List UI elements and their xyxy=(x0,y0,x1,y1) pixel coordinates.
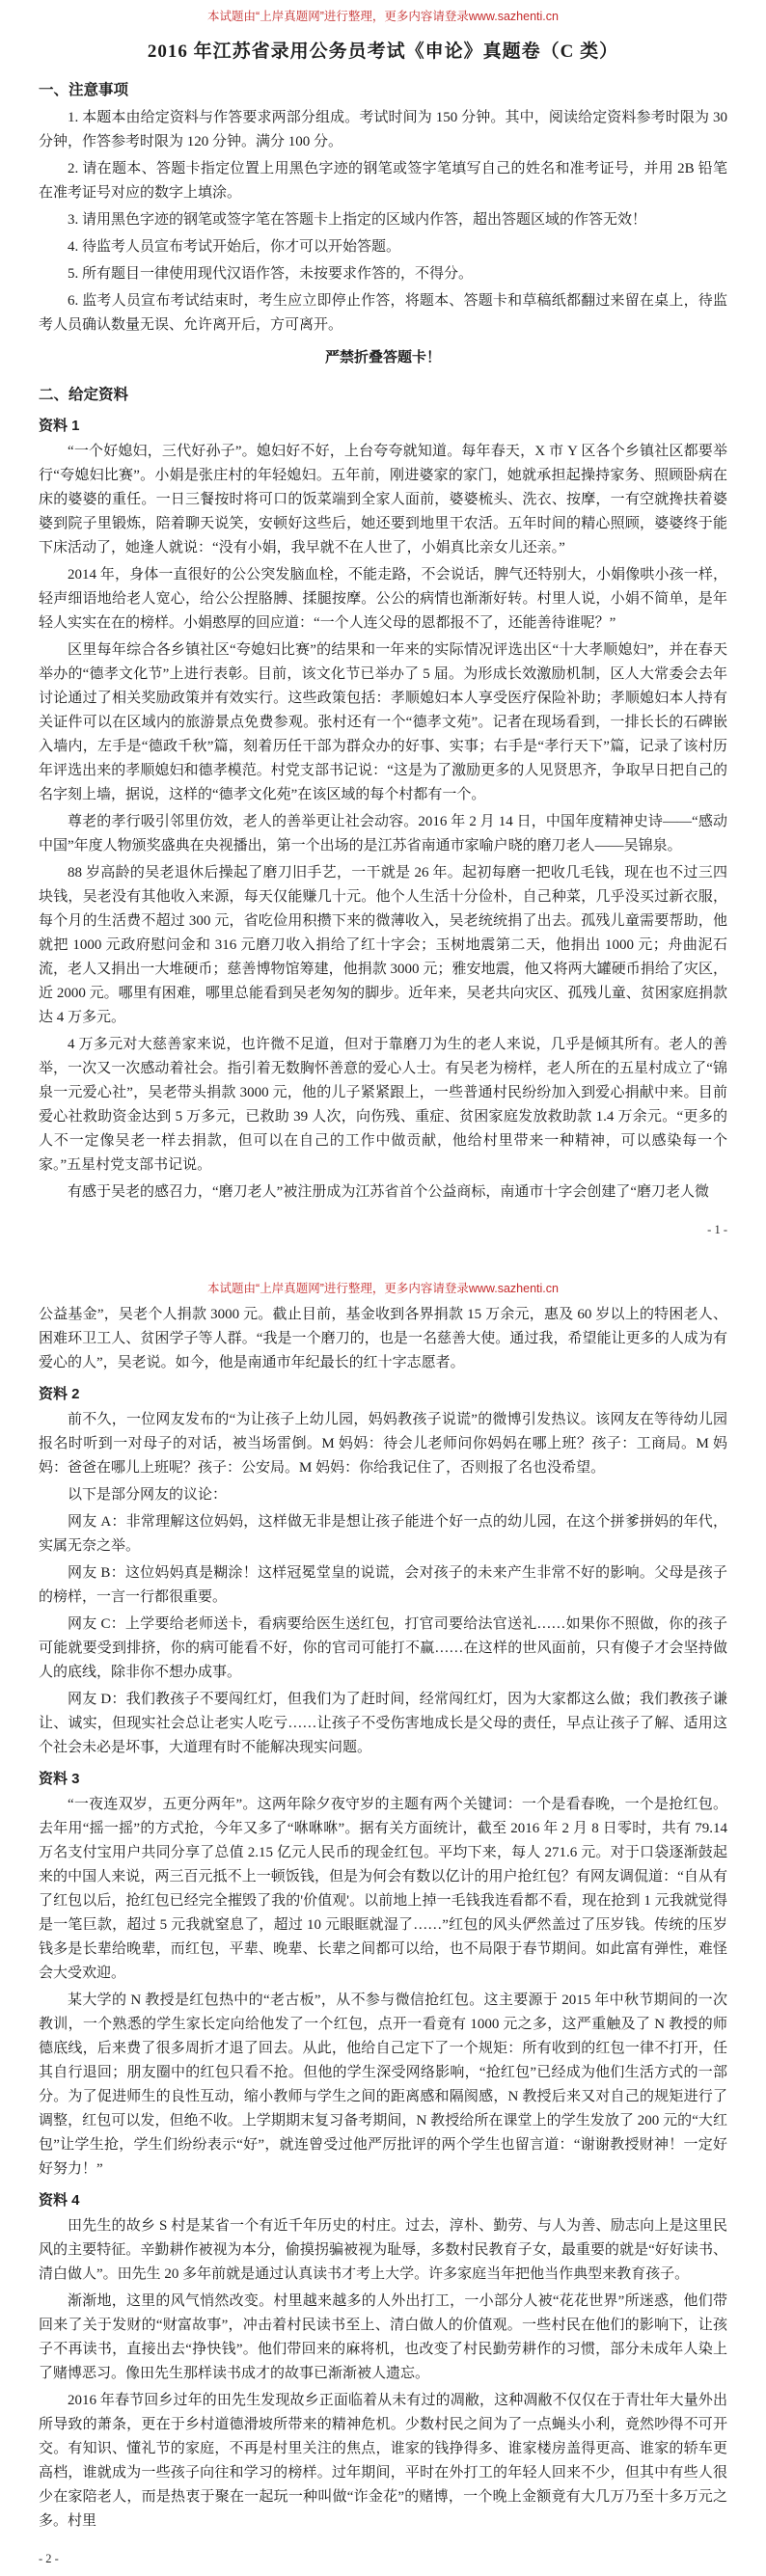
material1-paragraph: 尊老的孝行吸引邻里仿效，老人的善举更让社会动容。2016 年 2 月 14 日，… xyxy=(39,810,727,858)
notice-item: 3. 请用黑色字迹的钢笔或签字笔在答题卡上指定的区域内作答，超出答题区域的作答无… xyxy=(39,208,727,232)
material4-paragraph: 田先生的故乡 S 村是某省一个有近千年历史的村庄。过去，淳朴、勤劳、与人为善、励… xyxy=(39,2214,727,2287)
material1-heading: 资料 1 xyxy=(39,415,727,437)
source-watermark-note: 本试题由“上岸真题网”进行整理，更多内容请登录www.sazhenti.cn xyxy=(39,8,727,25)
material4-paragraph: 2016 年春节回乡过年的田先生发现故乡正面临着从未有过的凋敝，这种凋敝不仅仅在… xyxy=(39,2389,727,2534)
material2-paragraph: 网友 D：我们教孩子不要闯红灯，但我们为了赶时间，经常闯红灯，因为大家都这么做；… xyxy=(39,1688,727,1760)
notice-item: 4. 待监考人员宣布考试开始后，你才可以开始答题。 xyxy=(39,235,727,259)
notice-item: 1. 本题本由给定资料与作答要求两部分组成。考试时间为 150 分钟。其中，阅读… xyxy=(39,106,727,154)
material2-paragraph: 前不久，一位网友发布的“为让孩子上幼儿园，妈妈教孩子说谎”的微博引发热议。该网友… xyxy=(39,1408,727,1480)
material1-paragraph: 有感于吴老的感召力，“磨刀老人”被注册成为江苏省首个公益商标，南通市十字会创建了… xyxy=(39,1180,727,1205)
source-watermark-note: 本试题由“上岸真题网”进行整理，更多内容请登录www.sazhenti.cn xyxy=(39,1280,727,1297)
material2-paragraph: 网友 A：非常理解这位妈妈，这样做无非是想让孩子能进个好一点的幼儿园，在这个拼爹… xyxy=(39,1510,727,1559)
material3-paragraph: 某大学的 N 教授是红包热中的“老古板”，从不参与微信抢红包。这主要源于 201… xyxy=(39,1989,727,2182)
material1-paragraph: 2014 年，身体一直很好的公公突发脑血栓，不能走路，不会说话，脾气还特别大，小… xyxy=(39,563,727,636)
material2-paragraph: 网友 B：这位妈妈真是糊涂！这样冠冕堂皇的说谎，会对孩子的未来产生非常不好的影响… xyxy=(39,1561,727,1610)
doc-title: 2016 年江苏省录用公务员考试《申论》真题卷（C 类） xyxy=(39,39,727,66)
notice-item: 2. 请在题本、答题卡指定位置上用黑色字迹的钢笔或签字笔填写自己的姓名和准考证号… xyxy=(39,157,727,205)
material1-paragraph: 88 岁高龄的吴老退休后操起了磨刀旧手艺，一干就是 26 年。起初每磨一把收几毛… xyxy=(39,861,727,1030)
exam-paper-page-1: 本试题由“上岸真题网”进行整理，更多内容请登录www.sazhenti.cn 2… xyxy=(0,0,766,1247)
page-number-2: - 2 - xyxy=(39,2551,727,2566)
material1-paragraph: 4 万多元对大慈善家来说，也许微不足道，但对于靠磨刀为生的老人来说，几乎是倾其所… xyxy=(39,1033,727,1178)
material2-paragraph: 网友 C：上学要给老师送卡，看病要给医生送红包，打官司要给法官送礼……如果你不照… xyxy=(39,1613,727,1685)
page-number-1: - 1 - xyxy=(39,1222,727,1237)
material3-paragraph: “一夜连双岁，五更分两年”。这两年除夕夜守岁的主题有两个关键词：一个是看春晚，一… xyxy=(39,1793,727,1986)
fold-warning: 严禁折叠答题卡！ xyxy=(39,345,727,370)
material1-paragraph: 区里每年综合各乡镇社区“夸媳妇比赛”的结果和一年来的实际情况评选出区“十大孝顺媳… xyxy=(39,638,727,807)
material2-paragraph: 以下是部分网友的议论： xyxy=(39,1483,727,1507)
notice-item: 6. 监考人员宣布考试结束时，考生应立即停止作答，将题本、答题卡和草稿纸都翻过来… xyxy=(39,289,727,338)
material4-heading: 资料 4 xyxy=(39,2189,727,2211)
material1-paragraph: “一个好媳妇，三代好孙子”。媳妇好不好，上台夸夸就知道。每年春天，X 市 Y 区… xyxy=(39,440,727,560)
material3-heading: 资料 3 xyxy=(39,1768,727,1790)
notice-item: 5. 所有题目一律使用现代汉语作答，未按要求作答的，不得分。 xyxy=(39,262,727,286)
page-break xyxy=(0,1247,766,1272)
material4-paragraph: 渐渐地，这里的风气悄然改变。村里越来越多的人外出打工，一小部分人被“花花世界”所… xyxy=(39,2290,727,2386)
notice-section-heading: 一、注意事项 xyxy=(39,79,727,102)
material1-continuation-paragraph: 公益基金”，吴老个人捐款 3000 元。截止目前，基金收到各界捐款 15 万余元… xyxy=(39,1303,727,1375)
exam-paper-page-2: 本试题由“上岸真题网”进行整理，更多内容请登录www.sazhenti.cn 公… xyxy=(0,1272,766,2576)
materials-section-heading: 二、给定资料 xyxy=(39,384,727,407)
material2-heading: 资料 2 xyxy=(39,1383,727,1405)
